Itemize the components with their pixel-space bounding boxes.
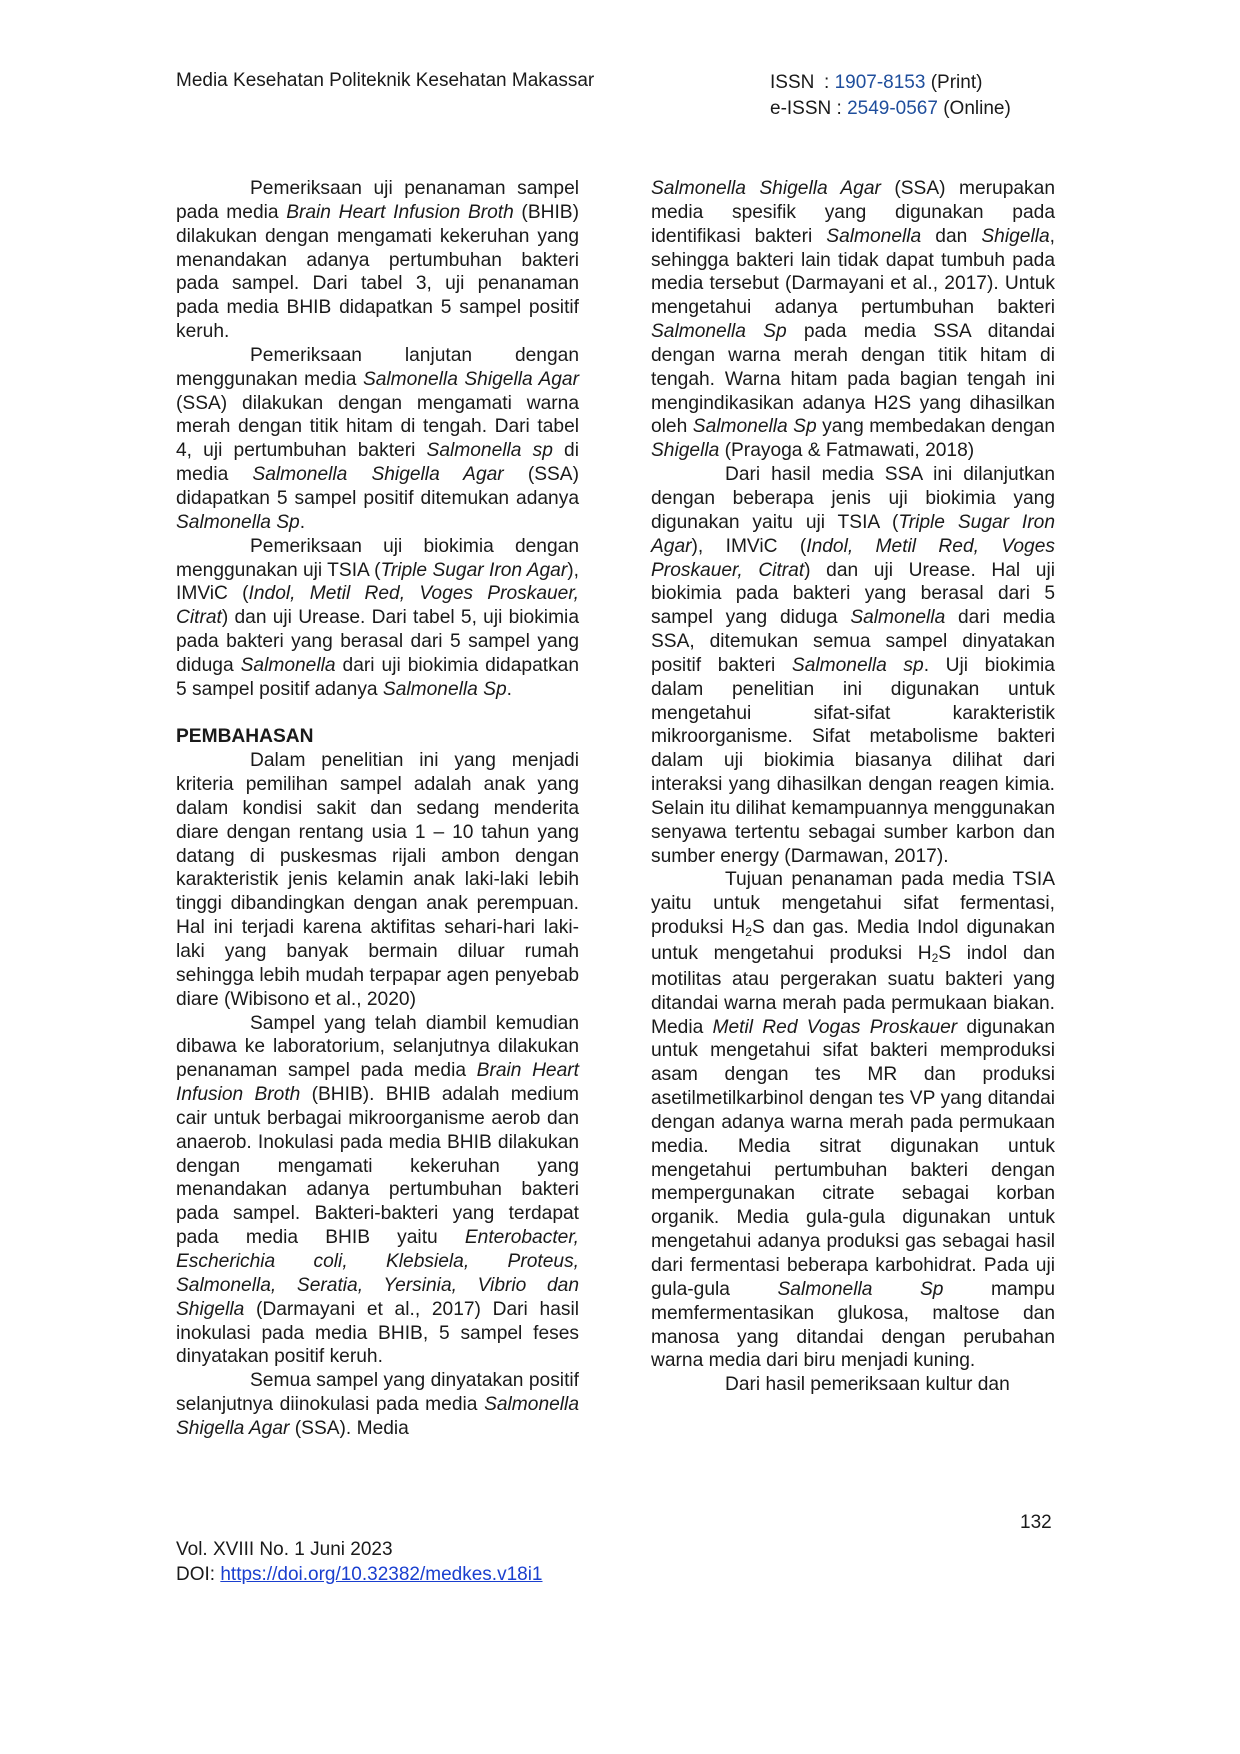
doi-label: DOI: (176, 1564, 220, 1585)
journal-title: Media Kesehatan Politeknik Kesehatan Mak… (176, 70, 594, 92)
paragraph-bhib-discussion: Sampel yang telah diambil kemudian dibaw… (176, 1012, 579, 1370)
paragraph-biochem-results: Pemeriksaan uji biokimia dengan mengguna… (176, 535, 579, 702)
right-column: Salmonella Shigella Agar (SSA) merupakan… (651, 177, 1055, 1397)
paragraph-biochem-discussion: Dari hasil media SSA ini dilanjutkan den… (651, 463, 1055, 868)
paragraph-bhib-results: Pemeriksaan uji penanaman sampel pada me… (176, 177, 579, 344)
paragraph-tsia-purpose: Tujuan penanaman pada media TSIA yaitu u… (651, 868, 1055, 1373)
paragraph-ssa-inoculation: Semua sampel yang dinyatakan positif sel… (176, 1369, 579, 1441)
left-column: Pemeriksaan uji penanaman sampel pada me… (176, 177, 579, 1441)
paragraph-sample-criteria: Dalam penelitian ini yang menjadi kriter… (176, 749, 579, 1011)
footer: Vol. XVIII No. 1 Juni 2023 DOI: https://… (176, 1537, 543, 1587)
issn-online: e-ISSN : 2549-0567 (Online) (770, 96, 1011, 122)
paragraph-ssa-results: Pemeriksaan lanjutan dengan menggunakan … (176, 344, 579, 535)
volume-info: Vol. XVIII No. 1 Juni 2023 (176, 1537, 543, 1562)
doi-link[interactable]: https://doi.org/10.32382/medkes.v18i1 (220, 1564, 542, 1585)
section-heading-pembahasan: PEMBAHASAN (176, 725, 579, 749)
issn-value: 1907-8153 (835, 72, 926, 93)
eissn-value: 2549-0567 (847, 98, 938, 119)
paragraph-ssa-specific: Salmonella Shigella Agar (SSA) merupakan… (651, 177, 1055, 463)
eissn-label: e-ISSN : (770, 98, 847, 119)
eissn-type: (Online) (938, 98, 1011, 119)
paragraph-culture-results: Dari hasil pemeriksaan kultur dan (651, 1373, 1055, 1397)
issn-block: ISSN: 1907-8153 (Print) e-ISSN : 2549-05… (770, 70, 1011, 122)
issn-label: ISSN (770, 70, 824, 96)
doi-line: DOI: https://doi.org/10.32382/medkes.v18… (176, 1562, 543, 1587)
issn-print: ISSN: 1907-8153 (Print) (770, 70, 1011, 96)
page-number: 132 (1020, 1512, 1052, 1534)
issn-type: (Print) (925, 72, 982, 93)
issn-separator: : (824, 72, 835, 93)
